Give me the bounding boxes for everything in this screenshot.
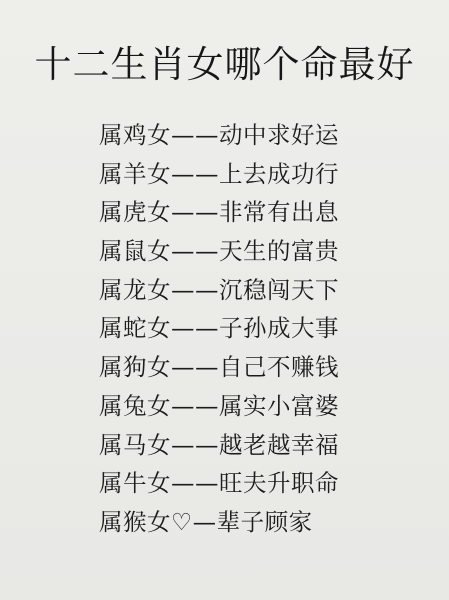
separator: —— <box>171 198 219 226</box>
fortune-text: 天生的富贵 <box>219 237 339 265</box>
separator: —— <box>171 431 219 459</box>
separator: —— <box>171 353 219 381</box>
heart-separator-icon: ♡— <box>171 508 217 536</box>
separator: —— <box>171 121 219 149</box>
zodiac-label: 属龙女 <box>99 276 171 304</box>
fortune-text: 上去成功行 <box>219 160 339 188</box>
fortune-text: 辈子顾家 <box>217 508 313 536</box>
fortune-text: 属实小富婆 <box>219 392 339 420</box>
list-item: 属兔女——属实小富婆 <box>99 387 339 426</box>
separator: —— <box>171 314 219 342</box>
separator: —— <box>171 469 219 497</box>
separator: —— <box>171 276 219 304</box>
page-title: 十二生肖女哪个命最好 <box>0 42 449 88</box>
list-item: 属鼠女——天生的富贵 <box>99 232 339 271</box>
list-item: 属牛女——旺夫升职命 <box>99 464 339 503</box>
zodiac-label: 属蛇女 <box>99 314 171 342</box>
separator: —— <box>171 392 219 420</box>
list-item: 属鸡女——动中求好运 <box>99 116 339 155</box>
fortune-text: 越老越幸福 <box>219 431 339 459</box>
fortune-text: 动中求好运 <box>219 121 339 149</box>
fortune-text: 非常有出息 <box>219 198 339 226</box>
list-item: 属狗女——自己不赚钱 <box>99 348 339 387</box>
list-item: 属蛇女——子孙成大事 <box>99 309 339 348</box>
list-item: 属虎女——非常有出息 <box>99 193 339 232</box>
zodiac-label: 属狗女 <box>99 353 171 381</box>
zodiac-label: 属鼠女 <box>99 237 171 265</box>
zodiac-label: 属兔女 <box>99 392 171 420</box>
list-item: 属马女——越老越幸福 <box>99 426 339 465</box>
zodiac-label: 属牛女 <box>99 469 171 497</box>
zodiac-list: 属鸡女——动中求好运 属羊女——上去成功行 属虎女——非常有出息 属鼠女——天生… <box>99 116 339 542</box>
fortune-text: 子孙成大事 <box>219 314 339 342</box>
separator: —— <box>171 237 219 265</box>
list-item: 属猴女♡—辈子顾家 <box>99 503 339 542</box>
zodiac-label: 属虎女 <box>99 198 171 226</box>
zodiac-label: 属马女 <box>99 431 171 459</box>
list-item: 属羊女——上去成功行 <box>99 155 339 194</box>
separator: —— <box>171 160 219 188</box>
document-page: 十二生肖女哪个命最好 属鸡女——动中求好运 属羊女——上去成功行 属虎女——非常… <box>0 0 449 600</box>
fortune-text: 自己不赚钱 <box>219 353 339 381</box>
zodiac-label: 属猴女 <box>99 508 171 536</box>
list-item: 属龙女——沉稳闯天下 <box>99 271 339 310</box>
fortune-text: 沉稳闯天下 <box>219 276 339 304</box>
fortune-text: 旺夫升职命 <box>219 469 339 497</box>
zodiac-label: 属鸡女 <box>99 121 171 149</box>
zodiac-label: 属羊女 <box>99 160 171 188</box>
